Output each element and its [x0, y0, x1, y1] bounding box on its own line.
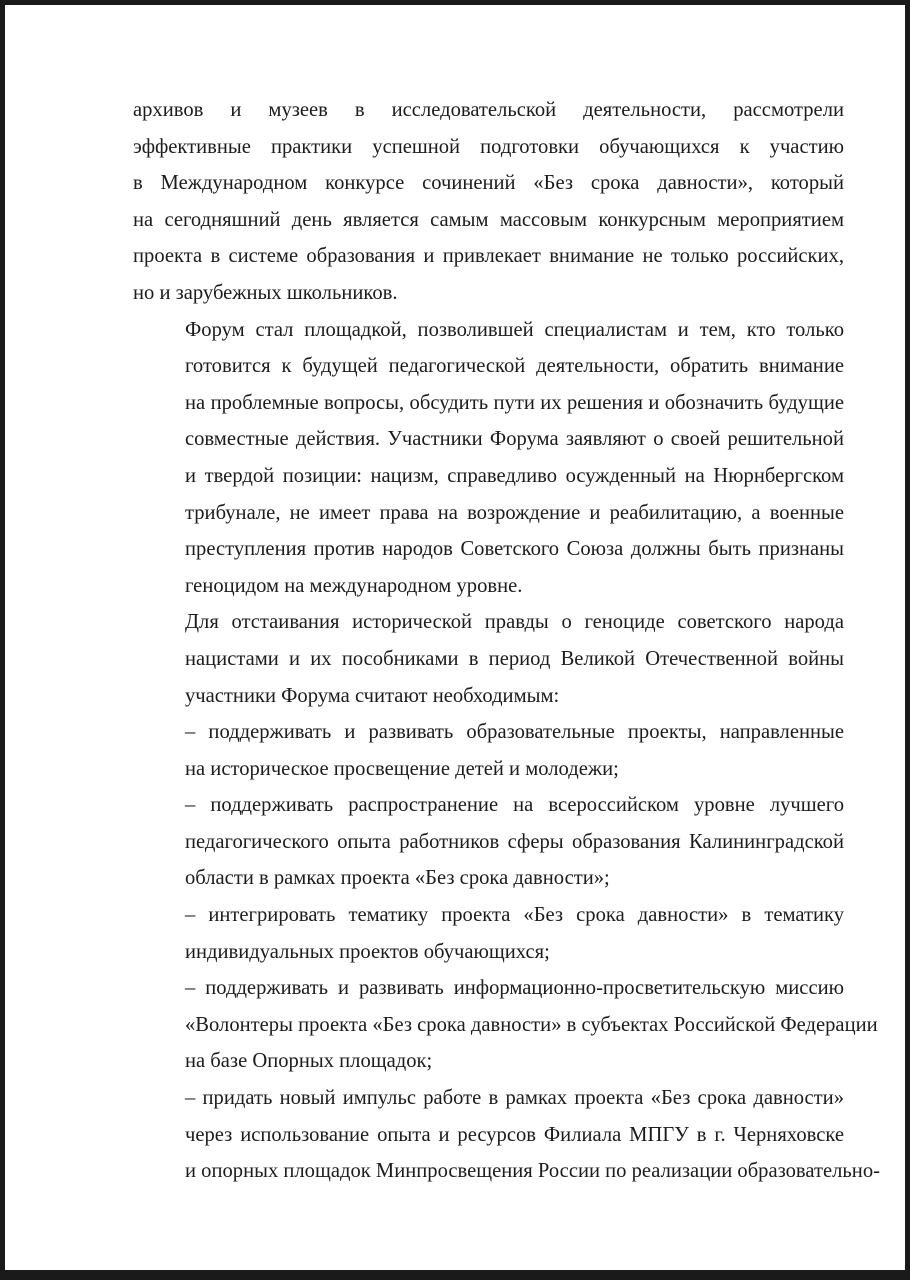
text-line: педагогического опыта работников сферы о…	[133, 824, 844, 861]
paragraph-4: – поддерживать и развивать образовательн…	[133, 714, 844, 787]
paragraph-8: – придать новый импульс работе в рамках …	[133, 1080, 844, 1190]
text-line: «Волонтеры проекта «Без срока давности» …	[133, 1007, 844, 1044]
text-line: и опорных площадок Минпросвещения России…	[133, 1153, 844, 1190]
document-page: архивов и музеев в исследовательской дея…	[5, 5, 905, 1270]
text-line: готовится к будущей педагогической деяте…	[133, 348, 844, 385]
text-line: индивидуальных проектов обучающихся;	[133, 934, 844, 971]
scan-frame: архивов и музеев в исследовательской дея…	[0, 0, 910, 1280]
paragraph-3: Для отстаивания исторической правды о ге…	[133, 604, 844, 714]
paragraph-1: архивов и музеев в исследовательской дея…	[133, 92, 844, 312]
text-line: – поддерживать и развивать информационно…	[133, 970, 844, 1007]
text-line: на проблемные вопросы, обсудить пути их …	[133, 385, 844, 422]
text-line: на сегодняшний день является самым массо…	[133, 202, 844, 239]
text-line: Форум стал площадкой, позволившей специа…	[133, 312, 844, 349]
text-line: участники Форума считают необходимым:	[133, 678, 844, 715]
text-line: Для отстаивания исторической правды о ге…	[133, 604, 844, 641]
text-line: – поддерживать распространение на всерос…	[133, 787, 844, 824]
text-line: на историческое просвещение детей и моло…	[133, 751, 844, 788]
text-line: области в рамках проекта «Без срока давн…	[133, 860, 844, 897]
document-body: архивов и музеев в исследовательской дея…	[133, 92, 844, 1190]
text-line: совместные действия. Участники Форума за…	[133, 421, 844, 458]
paragraph-7: – поддерживать и развивать информационно…	[133, 970, 844, 1080]
text-line: на базе Опорных площадок;	[133, 1043, 844, 1080]
text-line: в Международном конкурсе сочинений «Без …	[133, 165, 844, 202]
text-line: геноцидом на международном уровне.	[133, 568, 844, 605]
text-line: через использование опыта и ресурсов Фил…	[133, 1117, 844, 1154]
text-line: трибунале, не имеет права на возрождение…	[133, 495, 844, 532]
paragraph-2: Форум стал площадкой, позволившей специа…	[133, 312, 844, 605]
text-line: – придать новый импульс работе в рамках …	[133, 1080, 844, 1117]
text-line: – поддерживать и развивать образовательн…	[133, 714, 844, 751]
text-line: нацистами и их пособниками в период Вели…	[133, 641, 844, 678]
paragraph-6: – интегрировать тематику проекта «Без ср…	[133, 897, 844, 970]
text-line: проекта в системе образования и привлека…	[133, 238, 844, 275]
text-line: и твердой позиции: нацизм, справедливо о…	[133, 458, 844, 495]
text-line: преступления против народов Советского С…	[133, 531, 844, 568]
text-line: но и зарубежных школьников.	[133, 275, 844, 312]
text-line: – интегрировать тематику проекта «Без ср…	[133, 897, 844, 934]
text-line: эффективные практики успешной подготовки…	[133, 129, 844, 166]
text-line: архивов и музеев в исследовательской дея…	[133, 92, 844, 129]
paragraph-5: – поддерживать распространение на всерос…	[133, 787, 844, 897]
